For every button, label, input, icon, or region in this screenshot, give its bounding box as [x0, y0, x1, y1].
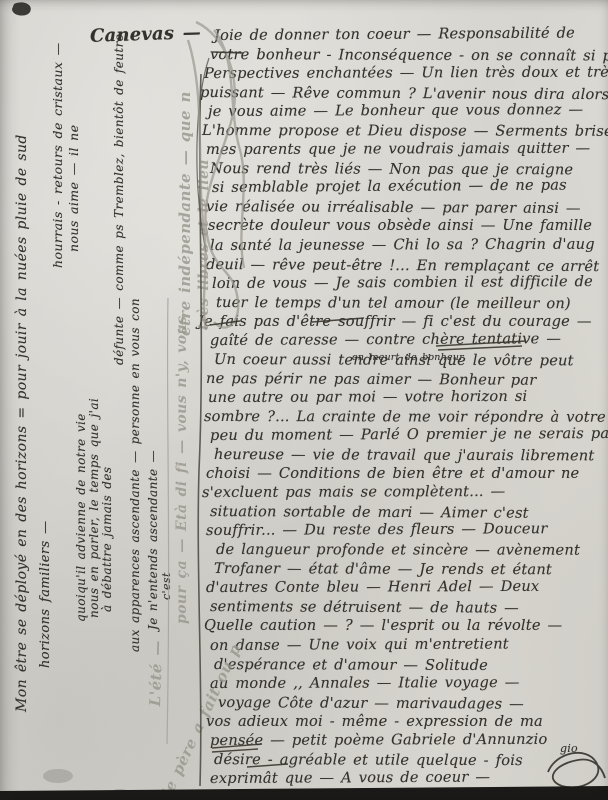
- margin-ink-line: à débattre jamais des: [100, 467, 114, 612]
- text-line: voyage Côte d'azur — marivaudages —: [218, 693, 608, 714]
- margin-ink-line: nous aime — il ne: [66, 125, 81, 252]
- text-line: Je fais pas d'être souffrir — fi c'est d…: [198, 312, 598, 331]
- text-line: d'autres Conte bleu — Henri Adel — Deux: [206, 577, 606, 597]
- text-line: souffrir... — Du reste des fleurs — Douc…: [206, 519, 606, 540]
- header-word: Canevas —: [90, 22, 202, 47]
- text-line: je vous aime — Le bonheur que vous donne…: [208, 100, 608, 121]
- smudge-2: [110, 789, 130, 797]
- scan-edge-bottom: [0, 786, 608, 800]
- main-text-block: Joie de donner ton coeur — Responsabilit…: [208, 26, 608, 788]
- margin-ink-line: nous en parler, le temps que j'ai: [87, 398, 101, 618]
- pencil-rule-line: [167, 298, 169, 744]
- text-line: tuer le temps d'un tel amour (le meilleu…: [216, 293, 608, 313]
- superscript-note: gio: [560, 742, 578, 755]
- margin-ink-line: aux apparences ascendante — personne en …: [128, 298, 142, 652]
- smudge: [43, 769, 73, 783]
- margin-ink-line: horizons familiers —: [38, 521, 53, 669]
- text-line: la santé la jeunesse — Chi lo sa ? Chagr…: [210, 234, 608, 254]
- text-line: heureuse — vie de travail que j'aurais l…: [214, 445, 608, 465]
- text-line: loin de vous — Je sais combien il est di…: [212, 272, 608, 293]
- scan-mark-top-left: [12, 2, 31, 15]
- margin-ink-line: Je n'entends ascendante —: [146, 450, 160, 630]
- text-line: Joie de donner ton coeur — Responsabilit…: [214, 23, 608, 45]
- text-line: mes parents que je ne voudrais jamais qu…: [206, 139, 606, 159]
- margin-ink-line: défunte — comme ps Tremblez, bientôt de …: [112, 34, 126, 365]
- manuscript-page: Canevas — Joie de donner ton coeur — Res…: [0, 0, 608, 800]
- text-line: Perspectives enchantées — Un lien très d…: [204, 63, 604, 83]
- margin-ink-line: hourrais - retours de cristaux —: [50, 42, 65, 268]
- text-line: au monde ,, Annales — Italie voyage —: [210, 672, 608, 692]
- text-line: exprimât que — A vous de coeur —: [210, 767, 608, 788]
- text-line: peu du moment — Parlé O premier je ne se…: [210, 424, 608, 445]
- text-line: choisi — Conditions de bien être et d'am…: [206, 464, 606, 483]
- text-line: de langueur profonde et sincère — avènem…: [216, 540, 608, 560]
- margin-ink-line: c'est: [160, 572, 173, 600]
- text-line: on danse — Une voix qui m'entretient: [210, 633, 608, 654]
- text-line: vie réalisée ou irréalisable — par parer…: [206, 197, 606, 218]
- margin-ink-line: quoiqu'il advienne de notre vie: [74, 413, 88, 622]
- text-line: pensée — petit poème Gabriele d'Annunzio: [210, 729, 608, 749]
- text-line: vos adieux moi - même - expression de ma: [206, 712, 606, 731]
- margin-pencil-line: L'été —: [146, 640, 166, 707]
- text-line: si semblable projet la exécution — de ne…: [212, 176, 608, 198]
- margin-ink-line: Mon être se déployé en des horizons = po…: [14, 134, 30, 712]
- text-line: secrète douleur vous obsède ainsi — Une …: [208, 216, 608, 235]
- text-line: Quelle caution — ? — l'esprit ou la révo…: [204, 616, 604, 635]
- interline-note: on meurt de bonheur: [352, 352, 464, 363]
- text-line: gaîté de caresse — contre chère tentativ…: [210, 329, 608, 350]
- margin-pencil-line: être indépendante — que n: [176, 91, 194, 336]
- margin-pencil-line: pour ça — Età di fi — vous n'y, vous: [174, 316, 190, 624]
- margin-pencil-line: très libres et le lieu: [196, 159, 212, 330]
- text-line: sentiments se détruisent — de hauts —: [210, 597, 608, 618]
- text-line: s'excluent pas mais se complètent... —: [202, 482, 602, 502]
- text-line: une autre ou par moi — votre horizon si: [208, 386, 608, 406]
